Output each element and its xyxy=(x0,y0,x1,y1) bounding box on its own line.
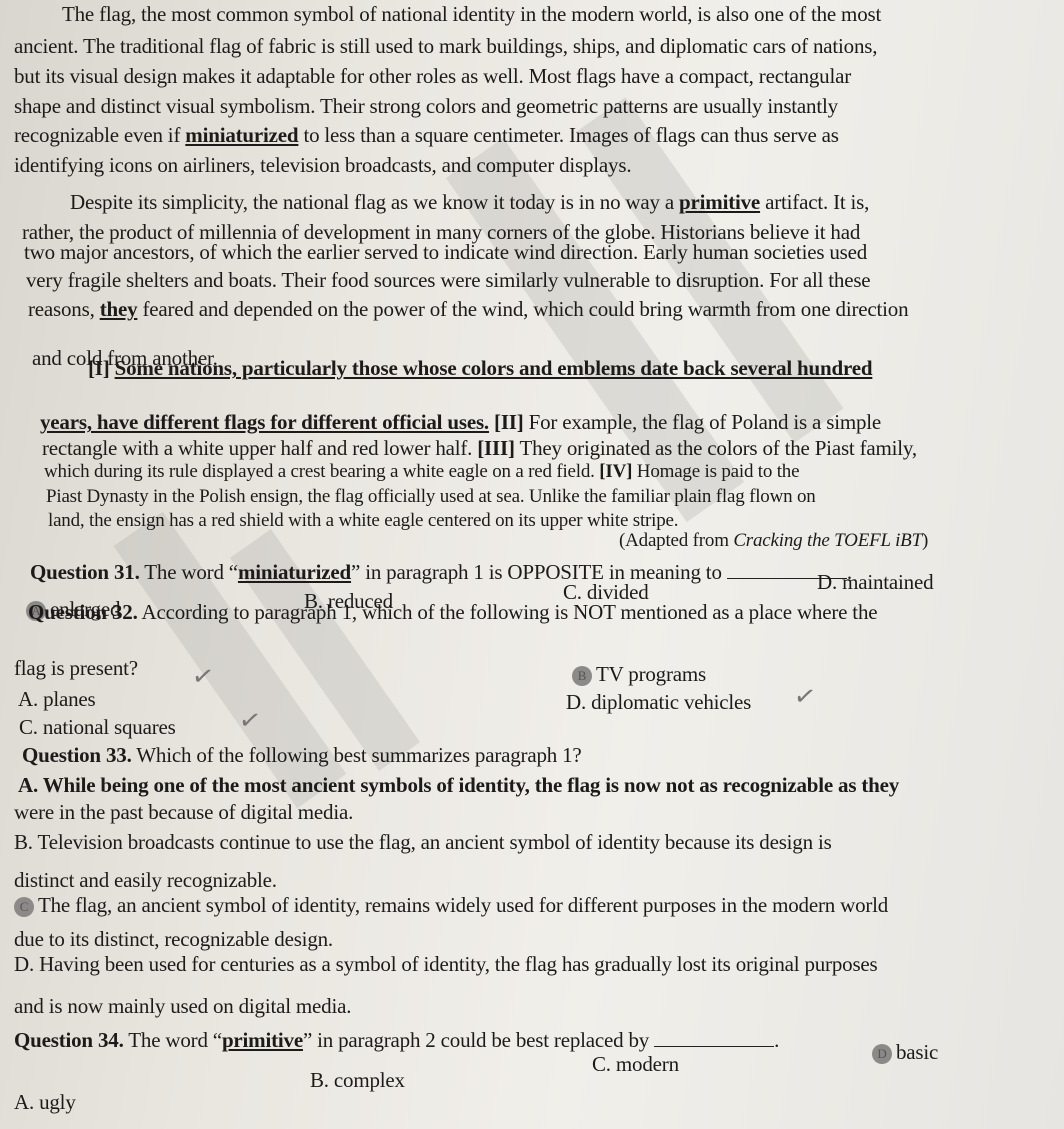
text: (Adapted from xyxy=(619,530,733,551)
text: According to paragraph 1, which of the f… xyxy=(138,600,878,624)
option-text: The flag, an ancient symbol of identity,… xyxy=(38,893,888,917)
question-33-stem: Question 33. Which of the following best… xyxy=(22,743,582,767)
marker-iv: [IV] xyxy=(599,461,632,482)
text: Despite its simplicity, the national fla… xyxy=(70,190,679,214)
text: ” in paragraph 1 is OPPOSITE in meaning … xyxy=(351,560,722,584)
option-d[interactable]: D. Having been used for centuries as a s… xyxy=(14,952,878,976)
text: feared and depended on the power of the … xyxy=(137,297,908,321)
option-text: maintained xyxy=(842,570,933,594)
text: to less than a square centimeter. Images… xyxy=(298,123,838,147)
option-text: ugly xyxy=(39,1090,76,1114)
answer-circle: D xyxy=(872,1044,892,1064)
text: The word “ xyxy=(124,1028,222,1052)
option-d-cont: and is now mainly used on digital media. xyxy=(14,994,351,1018)
question-label: Question 32. xyxy=(28,600,138,624)
option-letter: D. xyxy=(566,690,586,714)
passage-line: Despite its simplicity, the national fla… xyxy=(70,190,869,214)
text: ” in paragraph 2 could be best replaced … xyxy=(303,1028,649,1052)
keyword: primitive xyxy=(222,1028,303,1052)
highlighted-sentence: years, have different flags for differen… xyxy=(40,410,489,434)
answer-circle: B xyxy=(572,666,592,686)
highlighted-sentence: Some nations, particularly those whose c… xyxy=(115,356,873,380)
option-letter: C. xyxy=(592,1052,611,1076)
question-32-stem: Question 32. According to paragraph 1, w… xyxy=(28,600,877,624)
passage-line: ancient. The traditional flag of fabric … xyxy=(14,34,877,58)
text: . xyxy=(774,1028,779,1052)
option-a[interactable]: A. ugly xyxy=(14,1090,76,1114)
option-b[interactable]: B. complex xyxy=(310,1068,405,1092)
passage-line: but its visual design makes it adaptable… xyxy=(14,64,851,88)
option-letter: A. xyxy=(18,687,38,711)
option-letter: A. xyxy=(18,773,38,797)
question-label: Question 34. xyxy=(14,1028,124,1052)
passage-line: identifying icons on airliners, televisi… xyxy=(14,153,631,177)
option-b[interactable]: BTV programs xyxy=(572,662,706,686)
option-letter: D. xyxy=(14,952,34,976)
option-d[interactable]: D. diplomatic vehicles xyxy=(566,690,751,714)
option-text: While being one of the most ancient symb… xyxy=(43,773,899,797)
option-c-cont: due to its distinct, recognizable design… xyxy=(14,927,333,951)
question-label: Question 31. xyxy=(30,560,140,584)
marker-iii: [III] xyxy=(477,436,515,460)
passage-line: shape and distinct visual symbolism. The… xyxy=(14,94,838,118)
text: ) xyxy=(922,530,928,551)
option-text: complex xyxy=(334,1068,405,1092)
keyword-miniaturized: miniaturized xyxy=(185,123,298,147)
text: Homage is paid to the xyxy=(632,461,799,482)
option-letter: D. xyxy=(817,570,837,594)
option-text: modern xyxy=(616,1052,679,1076)
passage-line: rectangle with a white upper half and re… xyxy=(42,436,917,460)
option-d[interactable]: D. maintained xyxy=(817,570,933,594)
check-mark-icon: ✓ xyxy=(190,660,217,693)
passage-line: recognizable even if miniaturized to les… xyxy=(14,123,839,147)
option-text: Having been used for centuries as a symb… xyxy=(39,952,877,976)
option-c[interactable]: C. modern xyxy=(592,1052,679,1076)
keyword: miniaturized xyxy=(238,560,351,584)
option-letter: B. xyxy=(14,830,33,854)
option-d[interactable]: Dbasic xyxy=(872,1040,938,1064)
text: The word “ xyxy=(140,560,238,584)
question-32-stem-cont: flag is present? xyxy=(14,656,138,680)
keyword-primitive: primitive xyxy=(679,190,760,214)
text: Which of the following best summarizes p… xyxy=(132,743,582,767)
option-text: diplomatic vehicles xyxy=(591,690,751,714)
text: They originated as the colors of the Pia… xyxy=(515,436,917,460)
option-text: national squares xyxy=(43,715,176,739)
option-text: planes xyxy=(43,687,95,711)
answer-circle: C xyxy=(14,897,34,917)
option-text: TV programs xyxy=(596,662,706,686)
option-a[interactable]: A. planes xyxy=(18,687,96,711)
option-b-cont: distinct and easily recognizable. xyxy=(14,868,277,892)
passage-line: [I] Some nations, particularly those who… xyxy=(88,356,872,380)
option-letter: B. xyxy=(310,1068,329,1092)
question-label: Question 33. xyxy=(22,743,132,767)
passage-line: two major ancestors, of which the earlie… xyxy=(24,240,867,264)
passage-line: Piast Dynasty in the Polish ensign, the … xyxy=(46,485,816,509)
option-c[interactable]: C. national squares xyxy=(19,715,176,739)
option-c[interactable]: CThe flag, an ancient symbol of identity… xyxy=(14,893,888,917)
source-citation: (Adapted from Cracking the TOEFL iBT) xyxy=(619,529,928,553)
option-a-cont: were in the past because of digital medi… xyxy=(14,800,353,824)
option-text: Television broadcasts continue to use th… xyxy=(38,830,832,854)
passage-line: which during its rule displayed a crest … xyxy=(44,460,799,484)
marker-ii: [II] xyxy=(494,410,524,434)
marker-i: [I] xyxy=(88,356,110,380)
source-title: Cracking the TOEFL iBT xyxy=(733,530,922,551)
passage-line: reasons, they feared and depended on the… xyxy=(28,297,908,321)
option-letter: C. xyxy=(19,715,38,739)
keyword-they: they xyxy=(100,297,138,321)
option-letter: A. xyxy=(14,1090,34,1114)
answer-blank xyxy=(654,1030,774,1047)
text: reasons, xyxy=(28,297,100,321)
passage-line: land, the ensign has a red shield with a… xyxy=(48,509,678,533)
text: which during its rule displayed a crest … xyxy=(44,461,599,482)
question-31-stem: Question 31. The word “miniaturized” in … xyxy=(30,560,852,584)
option-text: basic xyxy=(896,1040,938,1064)
check-mark-icon: ✓ xyxy=(237,704,264,737)
check-mark-icon: ✓ xyxy=(792,680,819,713)
passage-line: The flag, the most common symbol of nati… xyxy=(62,2,881,26)
option-b[interactable]: B. Television broadcasts continue to use… xyxy=(14,830,832,854)
text: rectangle with a white upper half and re… xyxy=(42,436,477,460)
passage-line: very fragile shelters and boats. Their f… xyxy=(26,268,870,292)
text: recognizable even if xyxy=(14,123,185,147)
question-34-stem: Question 34. The word “primitive” in par… xyxy=(14,1028,779,1052)
text: For example, the flag of Poland is a sim… xyxy=(524,410,881,434)
text: artifact. It is, xyxy=(760,190,869,214)
option-a[interactable]: A. While being one of the most ancient s… xyxy=(18,773,899,797)
passage-line: years, have different flags for differen… xyxy=(40,410,881,434)
